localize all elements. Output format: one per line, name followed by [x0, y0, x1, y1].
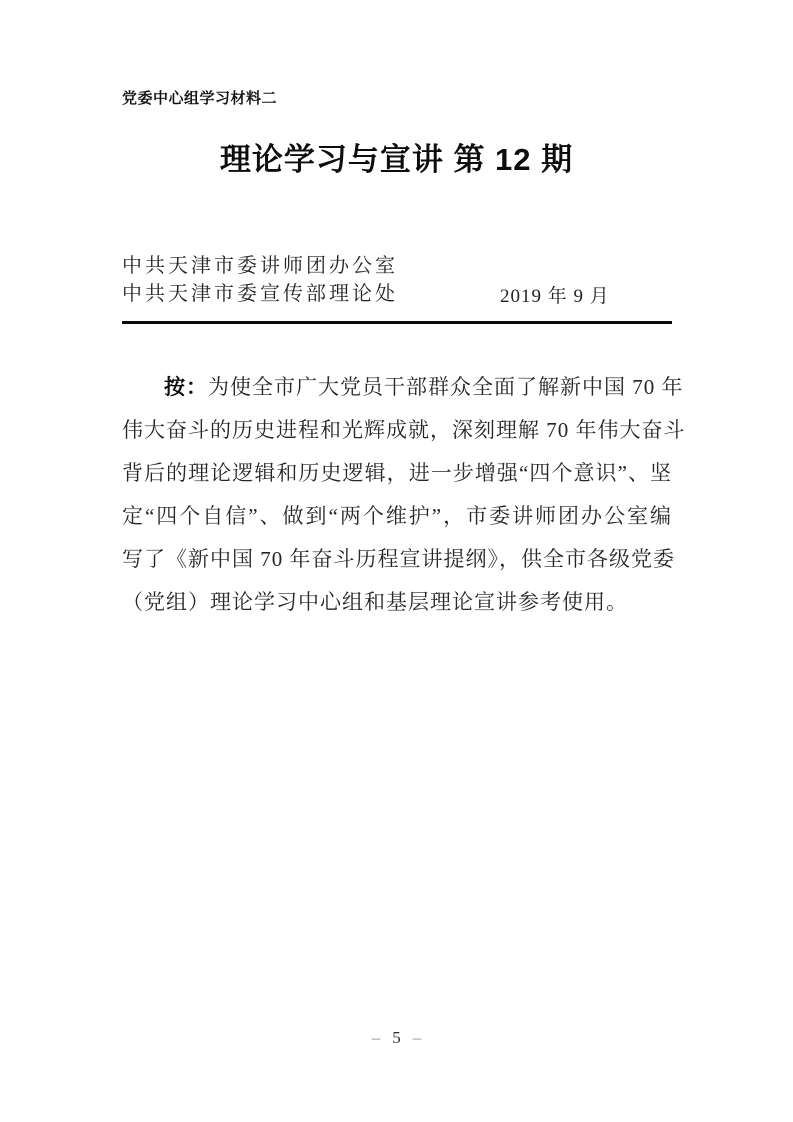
note-line-1-text: 为使全市广大党员干部群众全面了解新中国 70 年: [208, 375, 684, 399]
note-line-3: 背后的理论逻辑和历史逻辑，进一步增强“四个意识”、坚: [122, 452, 672, 495]
doc-title: 理论学习与宣讲 第 12 期: [0, 134, 793, 179]
publisher-block: 中共天津市委讲师团办公室 中共天津市委宣传部理论处 2019 年 9 月: [122, 252, 672, 324]
note-line-6: （党组）理论学习中心组和基层理论宣讲参考使用。: [122, 581, 672, 624]
footer-dash-left: –: [372, 1028, 381, 1047]
note-line-1: 按：为使全市广大党员干部群众全面了解新中国 70 年: [122, 366, 672, 409]
footer-dash-right: –: [413, 1028, 422, 1047]
editors-note: 按：为使全市广大党员干部群众全面了解新中国 70 年 伟大奋斗的历史进程和光辉成…: [122, 366, 672, 624]
document-page: 党委中心组学习材料二 理论学习与宣讲 第 12 期 中共天津市委讲师团办公室 中…: [0, 0, 793, 1122]
note-line-2: 伟大奋斗的历史进程和光辉成就，深刻理解 70 年伟大奋斗: [122, 409, 672, 452]
publisher-row: 中共天津市委宣传部理论处 2019 年 9 月: [122, 280, 672, 308]
note-line-4: 定“四个自信”、做到“两个维护”，市委讲师团办公室编: [122, 495, 672, 538]
page-number: 5: [392, 1028, 401, 1047]
doc-category-label: 党委中心组学习材料二: [122, 87, 277, 108]
publisher-line-1: 中共天津市委讲师团办公室: [122, 252, 672, 280]
header-divider-rule: [122, 321, 672, 324]
note-lead-label: 按：: [164, 376, 208, 399]
note-line-5: 写了《新中国 70 年奋斗历程宣讲提纲》，供全市各级党委: [122, 538, 672, 581]
page-footer: –5–: [0, 1028, 793, 1048]
issue-date: 2019 年 9 月: [500, 281, 610, 308]
